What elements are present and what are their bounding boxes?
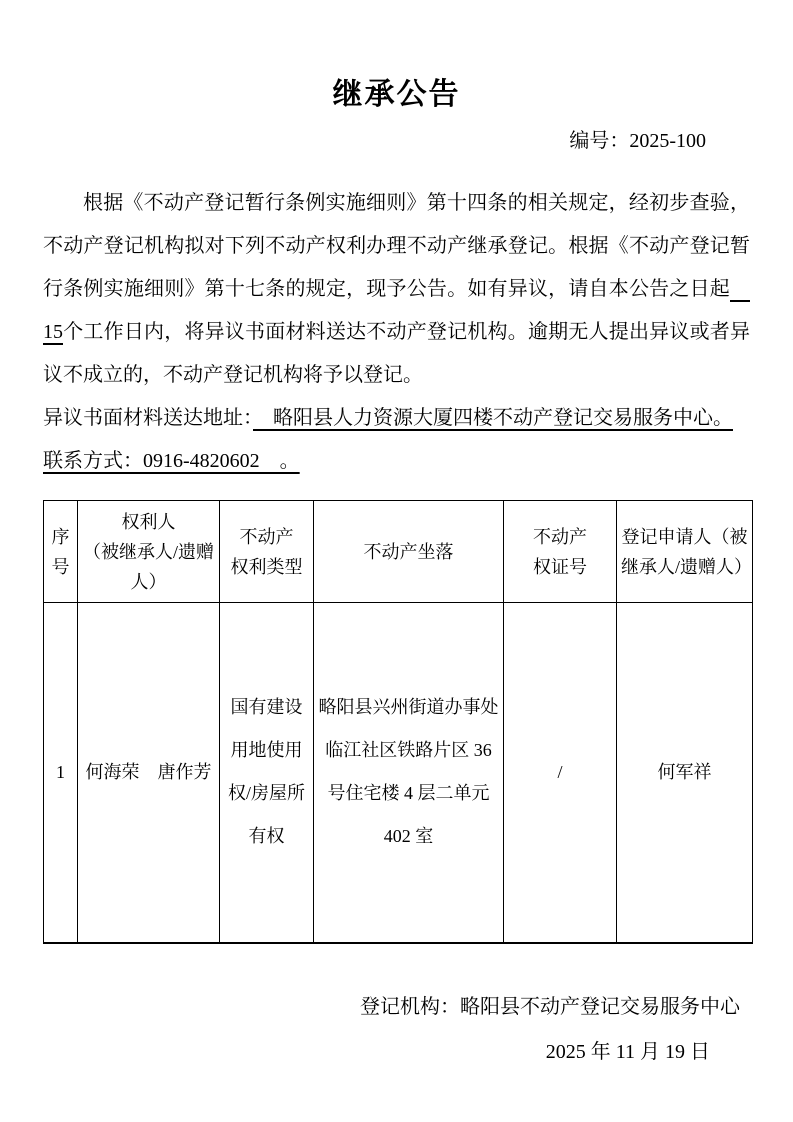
- col-header-registration-applicant: 登记申请人（被继承人/遗赠人）: [617, 501, 753, 603]
- cell-property-location: 略阳县兴州街道办事处临江社区铁路片区 36 号住宅楼 4 层二单元 402 室: [314, 603, 504, 943]
- inheritance-registration-table: 序 号 权利人 （被继承人/遗赠人） 不动产 权利类型 不动产坐落 不动产 权证…: [43, 500, 753, 944]
- objection-address-line: 异议书面材料送达地址： 略阳县人力资源大厦四楼不动产登记交易服务中心。: [43, 397, 750, 440]
- objection-address-value: 略阳县人力资源大厦四楼不动产登记交易服务中心。: [253, 407, 733, 429]
- registry-agency-signature: 登记机构：略阳县不动产登记交易服务中心: [43, 994, 750, 1020]
- document-title: 继承公告: [43, 76, 750, 114]
- cell-registration-applicant: 何军祥: [617, 603, 753, 943]
- notice-document-page: 继承公告 编号：2025-100 根据《不动产登记暂行条例实施细则》第十四条的相…: [0, 0, 793, 1122]
- table-row: 1 何海荣 唐作芳 国有建设用地使用权/房屋所有权 略阳县兴州街道办事处临江社区…: [44, 603, 753, 943]
- cell-certificate-number: /: [504, 603, 617, 943]
- announcement-paragraph: 根据《不动产登记暂行条例实施细则》第十四条的相关规定，经初步查验，不动产登记机构…: [43, 182, 750, 397]
- col-header-right-type: 不动产 权利类型: [220, 501, 314, 603]
- cell-rights-holder: 何海荣 唐作芳: [78, 603, 220, 943]
- col-header-rights-holder: 权利人 （被继承人/遗赠人）: [78, 501, 220, 603]
- objection-address-label: 异议书面材料送达地址：: [43, 407, 253, 429]
- contact-line: 联系方式：0916-4820602 。: [43, 440, 750, 483]
- contact-phone-text: 联系方式：0916-4820602 。: [43, 450, 300, 472]
- cell-right-type: 国有建设用地使用权/房屋所有权: [220, 603, 314, 943]
- cell-serial-number: 1: [44, 603, 78, 943]
- table-header-row: 序 号 权利人 （被继承人/遗赠人） 不动产 权利类型 不动产坐落 不动产 权证…: [44, 501, 753, 603]
- col-header-property-location: 不动产坐落: [314, 501, 504, 603]
- announcement-date: 2025 年 11 月 19 日: [43, 1039, 750, 1065]
- document-number: 编号：2025-100: [43, 128, 750, 154]
- col-header-serial-number: 序 号: [44, 501, 78, 603]
- col-header-certificate-number: 不动产 权证号: [504, 501, 617, 603]
- paragraph-text-after-days: 个工作日内，将异议书面材料送达不动产登记机构。逾期无人提出异议或者异议不成立的，…: [43, 321, 750, 386]
- paragraph-text-before-days: 根据《不动产登记暂行条例实施细则》第十四条的相关规定，经初步查验，不动产登记机构…: [43, 192, 750, 300]
